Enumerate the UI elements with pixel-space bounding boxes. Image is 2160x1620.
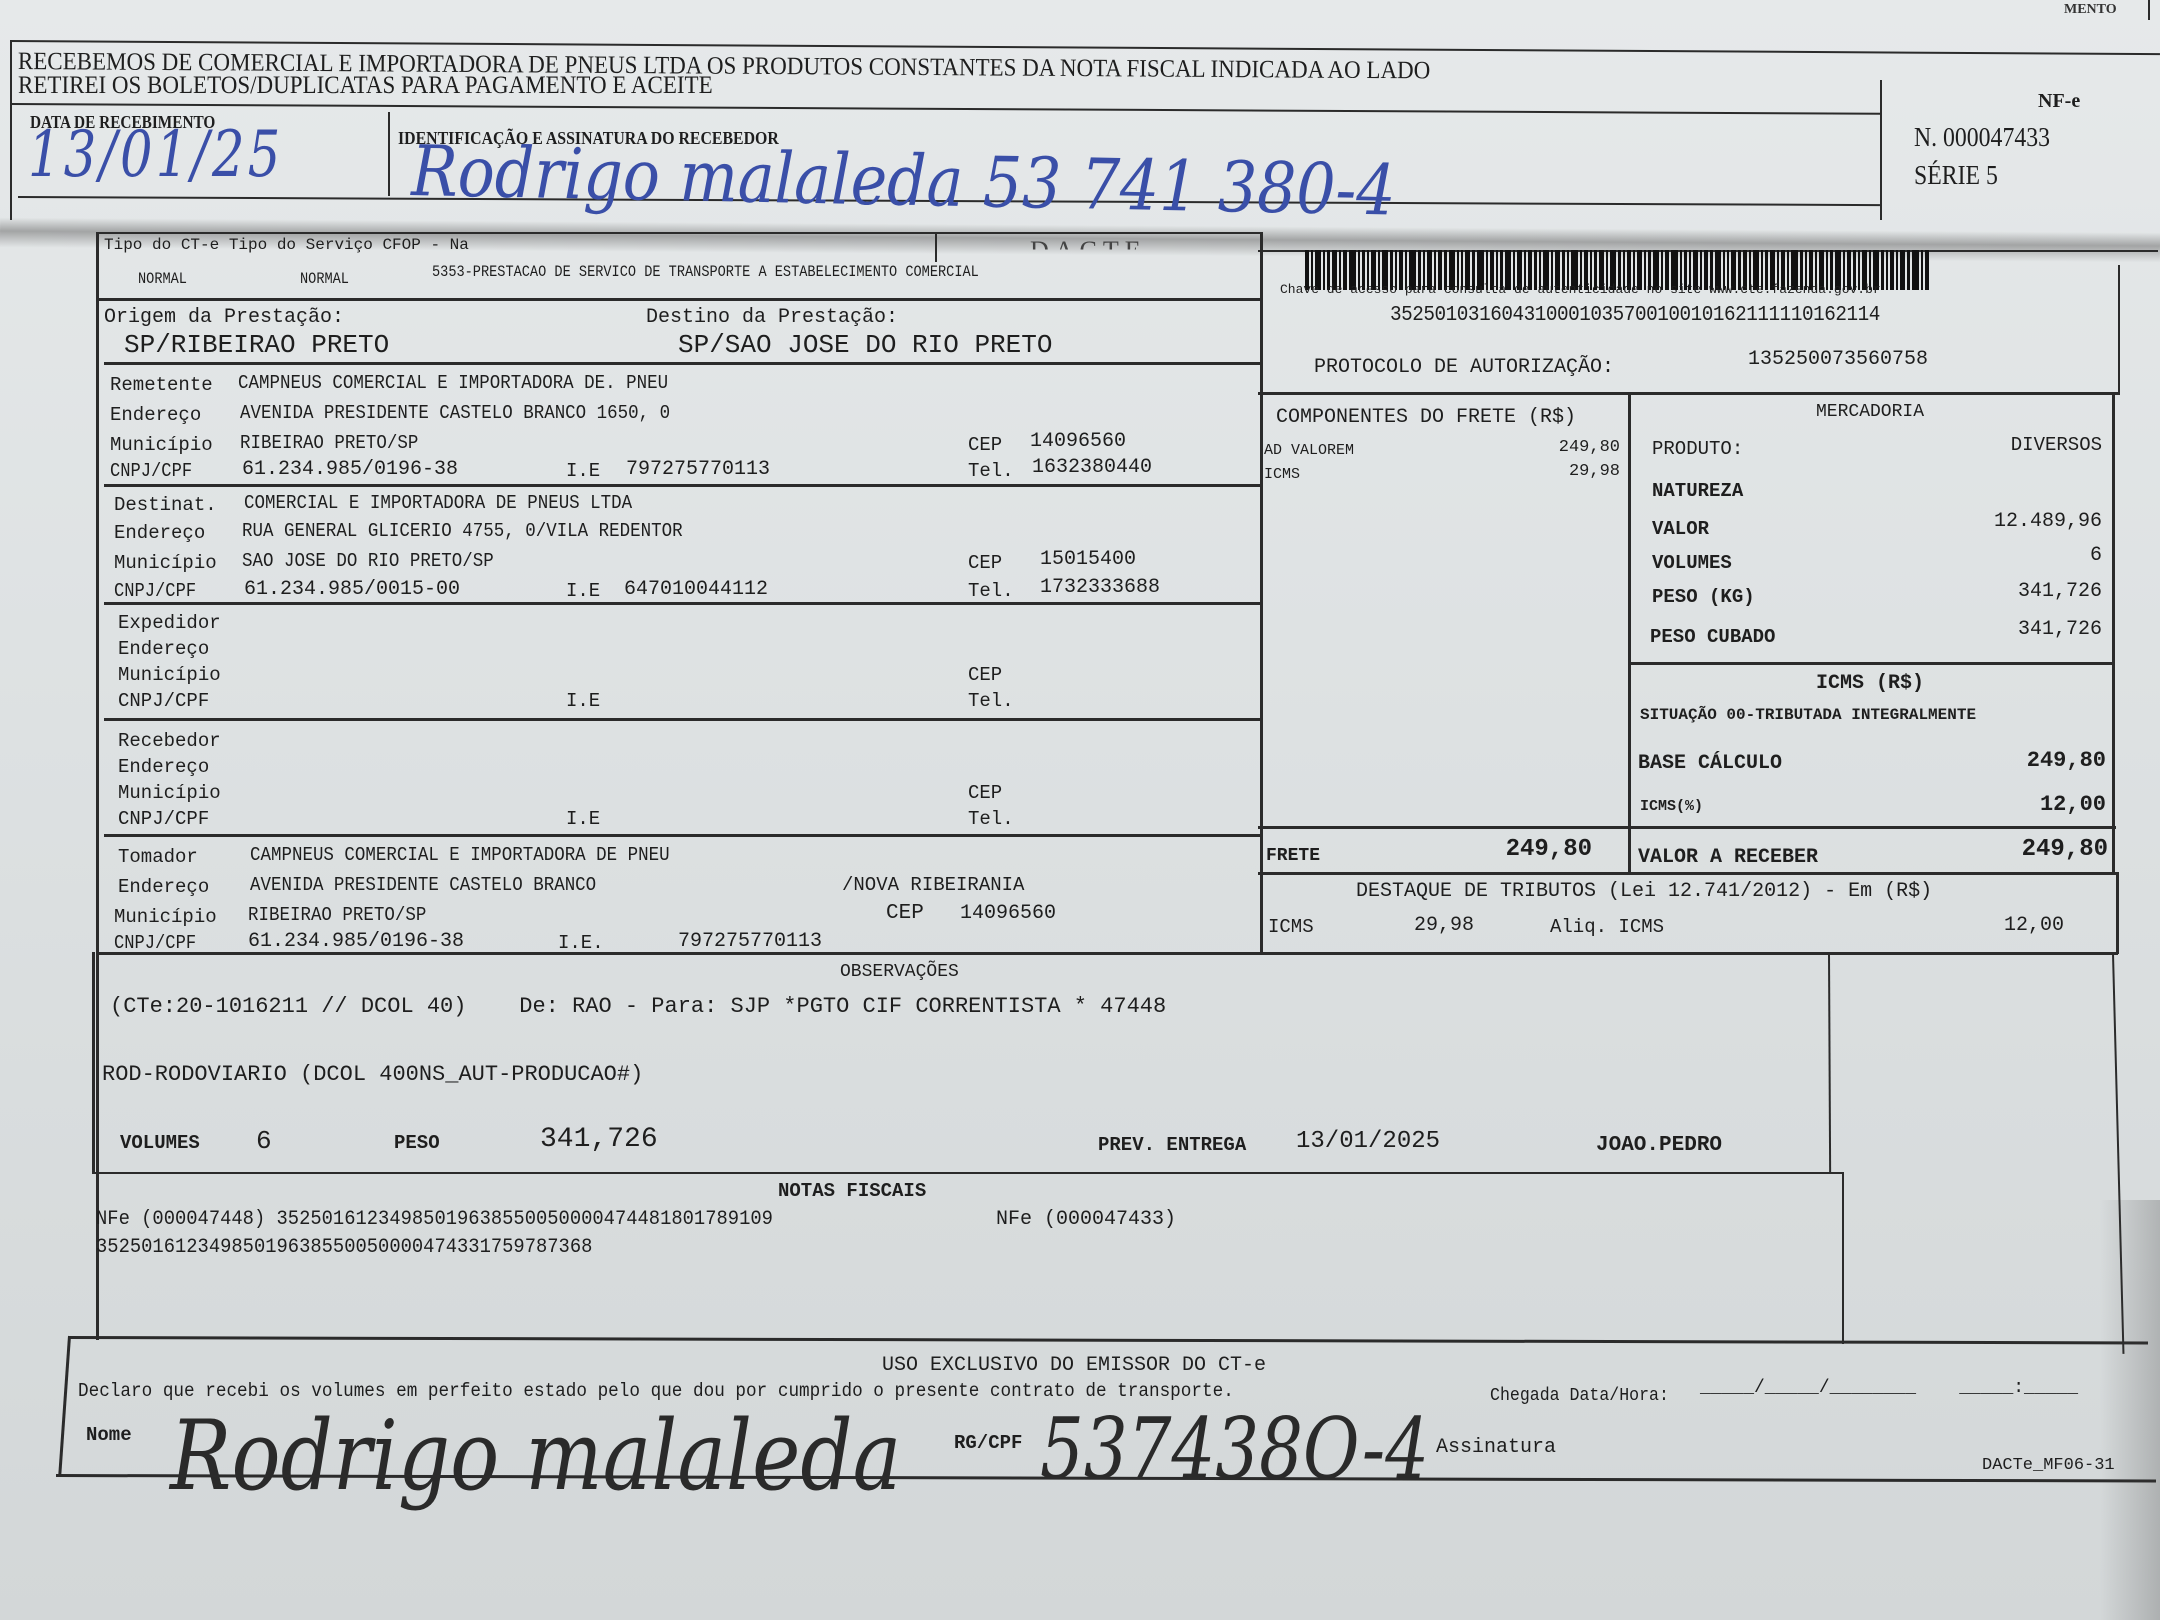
obs-volumes-value: 6 [256,1126,272,1156]
icms-base-label: BASE CÁLCULO [1638,752,1782,775]
goods-cubic-weight-label: PESO CUBADO [1650,626,1775,648]
date-received-handwritten[interactable]: 13/01/25 [28,118,284,192]
shipper-label: Expedidor [118,612,221,634]
paper-shadow [2100,1200,2160,1620]
corner-fragment: MENTO [2064,2,2117,18]
recipient-ie-label: I.E [566,580,600,602]
payer-ie: 797275770113 [678,930,822,953]
payer-city: RIBEIRAO PRETO/SP [248,904,426,926]
origin-value: SP/RIBEIRAO PRETO [124,330,389,360]
receiver-ie-label: I.E [566,808,600,830]
receiver-cnpj-label: CNPJ/CPF [118,808,209,830]
payer-cnpj: 61.234.985/0196-38 [248,930,464,953]
nfe-number: N. 000047433 [1914,122,2050,153]
cfop-value: 5353-PRESTACAO DE SERVICO DE TRANSPORTE … [432,263,979,281]
sender-address-label: Endereço [110,404,201,426]
destination-label: Destino da Prestação: [646,306,898,329]
destination-value: SP/SAO JOSE DO RIO PRETO [678,330,1052,360]
goods-volumes-label: VOLUMES [1652,552,1732,574]
payer-address: AVENIDA PRESIDENTE CASTELO BRANCO [250,874,596,896]
sender-city: RIBEIRAO PRETO/SP [240,432,418,454]
sender-tel-label: Tel. [968,460,1014,482]
goods-value-label: VALOR [1652,518,1709,540]
recipient-ie: 647010044112 [624,578,768,601]
signature-label: Assinatura [1436,1436,1556,1459]
id-document-label: RG/CPF [954,1432,1022,1454]
recipient-cep-label: CEP [968,552,1002,574]
operator-name: JOAO.PEDRO [1596,1134,1722,1157]
icms-rate-value: 12,00 [1900,792,2106,817]
sender-name: CAMPNEUS COMERCIAL E IMPORTADORA DE. PNE… [238,372,668,394]
arrival-datetime-label: Chegada Data/Hora: [1490,1386,1669,1406]
main-frame-top [96,232,1261,234]
sender-cnpj: 61.234.985/0196-38 [242,458,458,481]
recipient-address-label: Endereço [114,522,205,544]
sender-cep: 14096560 [1030,430,1126,453]
name-label: Nome [86,1424,132,1446]
sender-cnpj-label: CNPJ/CPF [110,460,192,482]
goods-value: 12.489,96 [1880,510,2102,533]
recipient-name: COMERCIAL E IMPORTADORA DE PNEUS LTDA [244,492,632,514]
goods-weight-label: PESO (KG) [1652,586,1755,608]
payer-name: CAMPNEUS COMERCIAL E IMPORTADORA DE PNEU [250,844,670,866]
payer-label: Tomador [118,846,198,868]
recipient-tel-label: Tel. [968,580,1014,602]
tipo-cte-value: NORMAL [138,270,187,288]
sender-ie: 797275770113 [626,458,770,481]
shipper-cep-label: CEP [968,664,1002,686]
obs-weight-value: 341,726 [540,1124,658,1155]
shipper-tel-label: Tel. [968,690,1014,712]
payer-city-label: Município [114,906,217,928]
freight-total-value: 249,80 [1440,836,1592,863]
recipient-cnpj-label: CNPJ/CPF [114,580,196,602]
form-code: DACTe_MF06-31 [1982,1456,2115,1475]
goods-weight: 341,726 [1880,580,2102,603]
goods-title: MERCADORIA [1816,402,1924,422]
name-signature-handwritten[interactable]: Rodrigo malaleda [170,1400,901,1512]
obs-volumes-label: VOLUMES [120,1132,200,1154]
recipient-city-label: Município [114,552,217,574]
freight-component-icms-label: ICMS [1264,466,1300,483]
amount-receivable-value: 249,80 [1900,836,2108,863]
icms-situation: SITUAÇÃO 00-TRIBUTADA INTEGRALMENTE [1640,706,1976,724]
icms-rate-label: ICMS(%) [1640,798,1703,815]
recipient-cnpj: 61.234.985/0015-00 [244,578,460,601]
payer-address-label: Endereço [118,876,209,898]
icms-base-value: 249,80 [1900,748,2106,773]
tipo-servico-value: NORMAL [300,270,349,288]
payer-cep: 14096560 [960,902,1056,925]
receiver-label: Recebedor [118,730,221,752]
nfe-label: NF-e [2038,90,2080,113]
recipient-tel: 1732333688 [1040,576,1160,599]
invoice-line2: 3525016123498501963855005000047433175978… [96,1236,592,1259]
shipper-address-label: Endereço [118,638,209,660]
payer-cnpj-label: CNPJ/CPF [114,932,196,954]
invoice-line1: NFe (000047448) 352501612349850196385500… [96,1208,773,1231]
receiver-tel-label: Tel. [968,808,1014,830]
sender-ie-label: I.E [566,460,600,482]
sender-address: AVENIDA PRESIDENTE CASTELO BRANCO 1650, … [240,402,670,424]
id-document-handwritten[interactable]: 537438O-4 [1040,1400,1429,1498]
authorization-protocol-value[interactable]: 135250073560758 [1748,348,1928,371]
recipient-cep: 15015400 [1040,548,1136,571]
observations-title: OBSERVAÇÕES [840,962,959,982]
goods-volumes: 6 [1880,544,2102,567]
cte-type-labels: Tipo do CT-e Tipo do Serviço CFOP - Na [104,236,469,254]
sender-city-label: Município [110,434,213,456]
expected-delivery-date: 13/01/2025 [1296,1128,1440,1155]
obs-weight-label: PESO [394,1132,440,1154]
freight-components-title: COMPONENTES DO FRETE (R$) [1276,406,1576,429]
issuer-exclusive-title: USO EXCLUSIVO DO EMISSOR DO CT-e [882,1354,1266,1377]
nfe-series: SÉRIE 5 [1914,160,1998,191]
shipper-cnpj-label: CNPJ/CPF [118,690,209,712]
freight-component-icms-value: 29,98 [1480,462,1620,481]
payer-district: /NOVA RIBEIRANIA [842,874,1024,896]
receiver-city-label: Município [118,782,221,804]
freight-component-ad-valorem-value: 249,80 [1480,438,1620,457]
goods-product-value: DIVERSOS [1880,434,2102,456]
amount-receivable-label: VALOR A RECEBER [1638,846,1818,869]
receiver-cep-label: CEP [968,782,1002,804]
tax-icms-label: ICMS [1268,916,1314,938]
freight-component-ad-valorem-label: AD VALOREM [1264,442,1354,459]
recipient-label: Destinat. [114,494,217,516]
authorization-protocol-label: PROTOCOLO DE AUTORIZAÇÃO: [1314,356,1614,379]
sender-label: Remetente [110,374,213,396]
tax-rate-value: 12,00 [2004,914,2064,937]
freight-total-label: FRETE [1266,846,1320,866]
recipient-address: RUA GENERAL GLICERIO 4755, 0/VILA REDENT… [242,520,683,542]
stub-declaration-line2: RETIREI OS BOLETOS/DUPLICATAS PARA PAGAM… [18,72,713,100]
tax-icms-value: 29,98 [1414,914,1474,937]
access-key-label: Chave de acesso para consulta de autenti… [1280,282,1881,297]
goods-product-label: PRODUTO: [1652,438,1743,460]
invoices-title: NOTAS FISCAIS [778,1180,926,1202]
goods-nature-label: NATUREZA [1652,480,1743,502]
payer-cep-label: CEP [886,902,924,925]
shipper-city-label: Município [118,664,221,686]
observations-line1: (CTe:20-1016211 // DCOL 40) De: RAO - Pa… [110,994,1166,1019]
receiver-address-label: Endereço [118,756,209,778]
sender-tel: 1632380440 [1032,456,1152,479]
goods-cubic-weight: 341,726 [1880,618,2102,641]
shipper-ie-label: I.E [566,690,600,712]
expected-delivery-label: PREV. ENTREGA [1098,1134,1246,1156]
payer-ie-label: I.E. [558,932,604,954]
icms-title: ICMS (R$) [1816,672,1924,695]
sender-cep-label: CEP [968,434,1002,456]
receipt-declaration: Declaro que recebi os volumes em perfeit… [78,1380,1234,1402]
origin-label: Origem da Prestação: [104,306,344,329]
tax-rate-label: Aliq. ICMS [1550,916,1664,938]
observations-line2: ROD-RODOVIARIO (DCOL 400NS_AUT-PRODUCAO#… [102,1062,643,1087]
access-key-value[interactable]: 3525010316043100010357001001016211111016… [1390,304,1880,327]
recipient-city: SAO JOSE DO RIO PRETO/SP [242,550,494,572]
invoice-line1-second: NFe (000047433) [996,1208,1176,1231]
tax-highlight-title: DESTAQUE DE TRIBUTOS (Lei 12.741/2012) -… [1356,880,1932,903]
arrival-datetime-field[interactable]: _____/_____/________ _____:_____ [1700,1378,2078,1398]
